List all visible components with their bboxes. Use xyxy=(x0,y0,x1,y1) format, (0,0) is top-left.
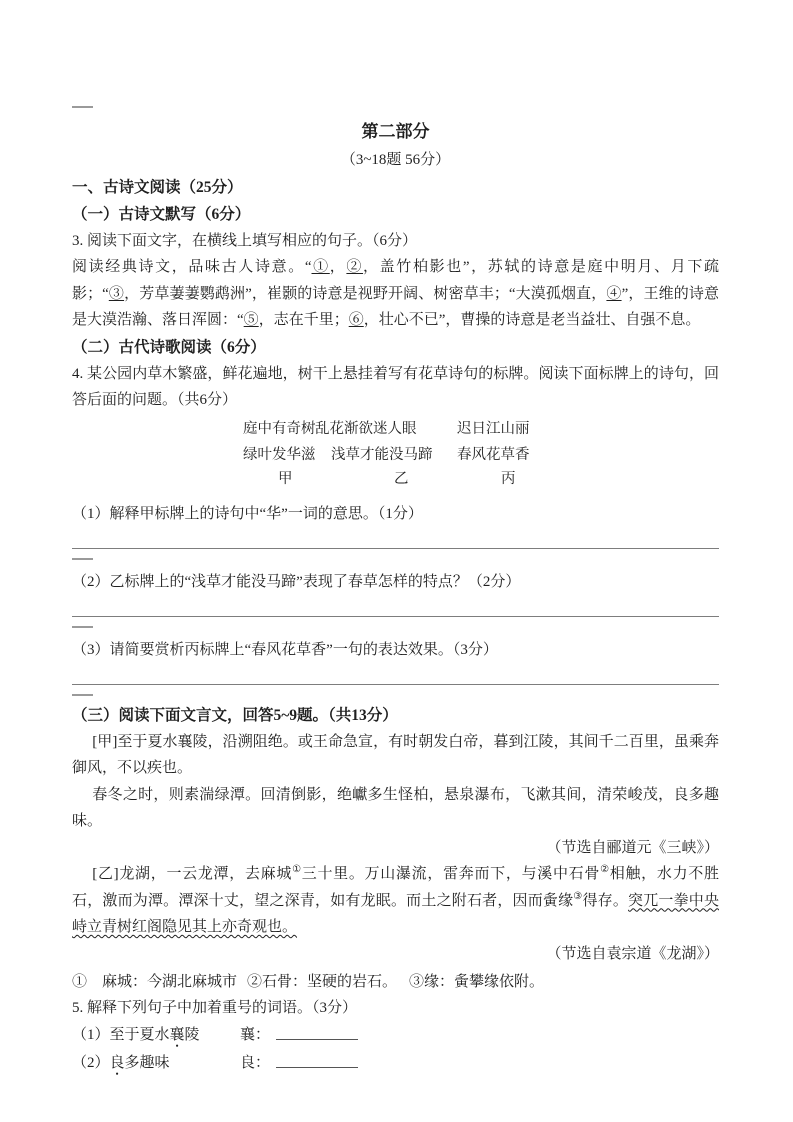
question-3-stem: 3. 阅读下面文字，在横线上填写相应的句子。（6分） xyxy=(72,228,719,254)
sign-bing-label: 丙 xyxy=(501,466,516,492)
part-title: 第二部分 xyxy=(72,118,719,146)
passage-jia-source: （节选自郦道元《三峡》） xyxy=(72,835,719,862)
sign-yi-label: 乙 xyxy=(394,466,409,492)
sign-jia-label: 甲 xyxy=(278,466,293,492)
stray-scan-mark xyxy=(72,558,93,560)
passage-yi-source: （节选自袁宗道《龙湖》） xyxy=(72,941,719,968)
stray-scan-mark xyxy=(72,106,93,108)
exam-page: 第二部分 （3~18题 56分） 一、古诗文阅读（25分） （一）古诗文默写（6… xyxy=(0,0,793,1077)
answer-line-2 xyxy=(72,599,719,617)
sign-jia-line2: 绿叶发华滋 xyxy=(243,442,316,468)
question-5-stem: 5. 解释下列句子中加着重号的词语。（3分） xyxy=(72,995,719,1021)
stray-scan-mark xyxy=(72,694,93,696)
question-3-passage: 阅读经典诗文，品味古人诗意。“①，②，盖竹柏影也”，苏轼的诗意是庭中明月、月下疏… xyxy=(72,254,719,334)
q5-item-2-blank xyxy=(276,1049,358,1068)
q5-item-2-answer-label: 良： xyxy=(240,1049,274,1077)
subsection-heading-dictation: （一）古诗文默写（6分） xyxy=(72,201,719,228)
answer-line-1 xyxy=(72,531,719,549)
section-heading-reading: 一、古诗文阅读（25分） xyxy=(72,174,719,201)
sign-yi-line1: 乱花渐欲迷人眼 xyxy=(315,416,417,442)
question-4-sub3: （3）请简要赏析丙标牌上“春风花草香”一句的表达效果。（3分） xyxy=(72,637,719,663)
question-4-stem: 4. 某公园内草木繁盛，鲜花遍地，树干上悬挂着写有花草诗句的标牌。阅读下面标牌上… xyxy=(72,361,719,414)
sign-jia-line1: 庭中有奇树 xyxy=(243,416,316,442)
passage-yi-paragraph: [乙]龙湖，一云龙潭，去麻城①三十里。万山瀑流，雷奔而下，与溪中石骨②相触，水力… xyxy=(72,861,719,941)
passage-jia-paragraph-1: [甲]至于夏水襄陵，沿溯阻绝。或王命急宣，有时朝发白帝，暮到江陵，其间千二百里，… xyxy=(72,729,719,782)
footnotes-row: ① 麻城：今湖北麻城市 ②石骨：坚硬的岩石。 ③缘：夤攀缘依附。 xyxy=(72,969,719,995)
answer-line-3 xyxy=(72,667,719,685)
poem-sign-board: 庭中有奇树 乱花渐欲迷人眼 迟日江山丽 绿叶发华滋 浅草才能没马蹄 春风花草香 … xyxy=(72,416,719,492)
footnote-2: ②石骨：坚硬的岩石。 xyxy=(247,969,409,995)
sign-yi-line2: 浅草才能没马蹄 xyxy=(331,442,433,468)
subsection-heading-classical: （三）阅读下面文言文，回答5~9题。（共13分） xyxy=(72,702,719,729)
passage-jia-paragraph-2: 春冬之时，则素湍绿潭。回清倒影，绝巘多生怪柏，悬泉瀑布，飞漱其间，清荣峻茂，良多… xyxy=(72,782,719,835)
subsection-heading-poetry: （二）古代诗歌阅读（6分） xyxy=(72,334,719,361)
q5-item-2-phrase: （2）良多趣味 xyxy=(72,1049,240,1077)
q5-item-1-blank xyxy=(276,1021,358,1040)
stray-scan-mark xyxy=(72,626,93,628)
question-5-item-1: （1）至于夏水襄陵 襄： xyxy=(72,1021,719,1049)
footnote-1: ① 麻城：今湖北麻城市 xyxy=(72,969,247,995)
footnote-3: ③缘：夤攀缘依附。 xyxy=(409,969,719,995)
q5-item-1-phrase: （1）至于夏水襄陵 xyxy=(72,1021,240,1049)
q5-item-1-answer-label: 襄： xyxy=(240,1021,274,1049)
sign-bing-line1: 迟日江山丽 xyxy=(457,416,530,442)
part-score-range: （3~18题 56分） xyxy=(72,146,719,174)
question-4-sub1: （1）解释甲标牌上的诗句中“华”一词的意思。（1分） xyxy=(72,501,719,527)
question-5-item-2: （2）良多趣味 良： xyxy=(72,1049,719,1077)
question-4-sub2: （2）乙标牌上的“浅草才能没马蹄”表现了春草怎样的特点？（2分） xyxy=(72,569,719,595)
sign-bing-line2: 春风花草香 xyxy=(457,442,530,468)
